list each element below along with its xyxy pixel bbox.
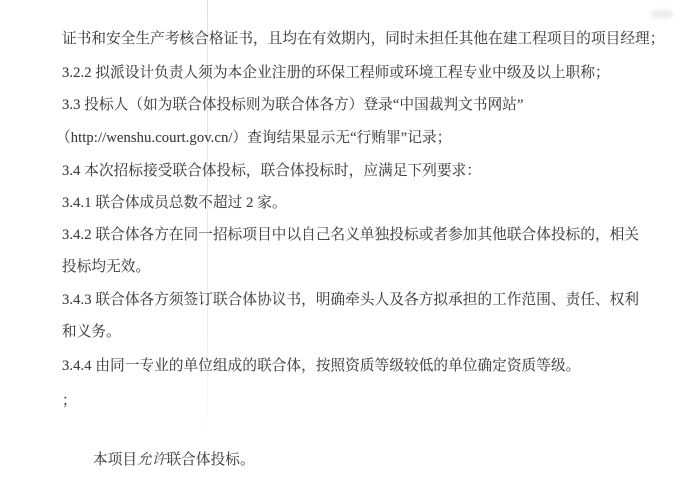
- clause-3-4: 3.4 本次招标接受联合体投标，联合体投标时，应满足下列要求：: [62, 162, 481, 181]
- clause-3-4-3-line-2: 和义务。: [62, 323, 121, 342]
- clause-3-2-2: 3.2.2 拟派设计负责人须为本企业注册的环保工程师或环境工程专业中级及以上职称…: [62, 64, 610, 83]
- clause-3-4-2-line-1: 3.4.2 联合体各方在同一招标项目中以自己名义单独投标或者参加其他联合体投标的…: [62, 226, 639, 245]
- scanned-document-page: 证书和安全生产考核合格证书，且均在有效期内，同时未担任其他在建工程项目的项目经理…: [0, 0, 687, 479]
- scan-smudge-artifact: [650, 10, 674, 18]
- clause-3-3-url-line: （http://wenshu.court.gov.cn/）查询结果显示无“行贿罪…: [56, 129, 451, 148]
- closing-statement-line: 本项目允许联合体投标。: [93, 451, 255, 470]
- text-line-continuation-certificates: 证书和安全生产考核合格证书，且均在有效期内，同时未担任其他在建工程项目的项目经理…: [62, 30, 664, 49]
- closing-prefix: 本项目: [93, 452, 137, 468]
- clause-3-3: 3.3 投标人（如为联合体投标则为联合体各方）登录“中国裁判文书网站”: [62, 96, 524, 115]
- closing-suffix: 联合体投标。: [166, 452, 254, 468]
- closing-emphasis-allowed: 允许: [137, 452, 166, 468]
- clause-3-4-1: 3.4.1 联合体成员总数不超过 2 家。: [62, 194, 287, 213]
- clause-3-4-3-line-1: 3.4.3 联合体各方须签订联合体协议书，明确牵头人及各方拟承担的工作范围、责任…: [62, 291, 639, 310]
- clause-3-4-4: 3.4.4 由同一专业的单位组成的联合体，按照资质等级较低的单位确定资质等级。: [62, 357, 580, 376]
- clause-3-4-2-line-2: 投标均无效。: [62, 258, 150, 277]
- stray-semicolon-line: ；: [62, 392, 77, 411]
